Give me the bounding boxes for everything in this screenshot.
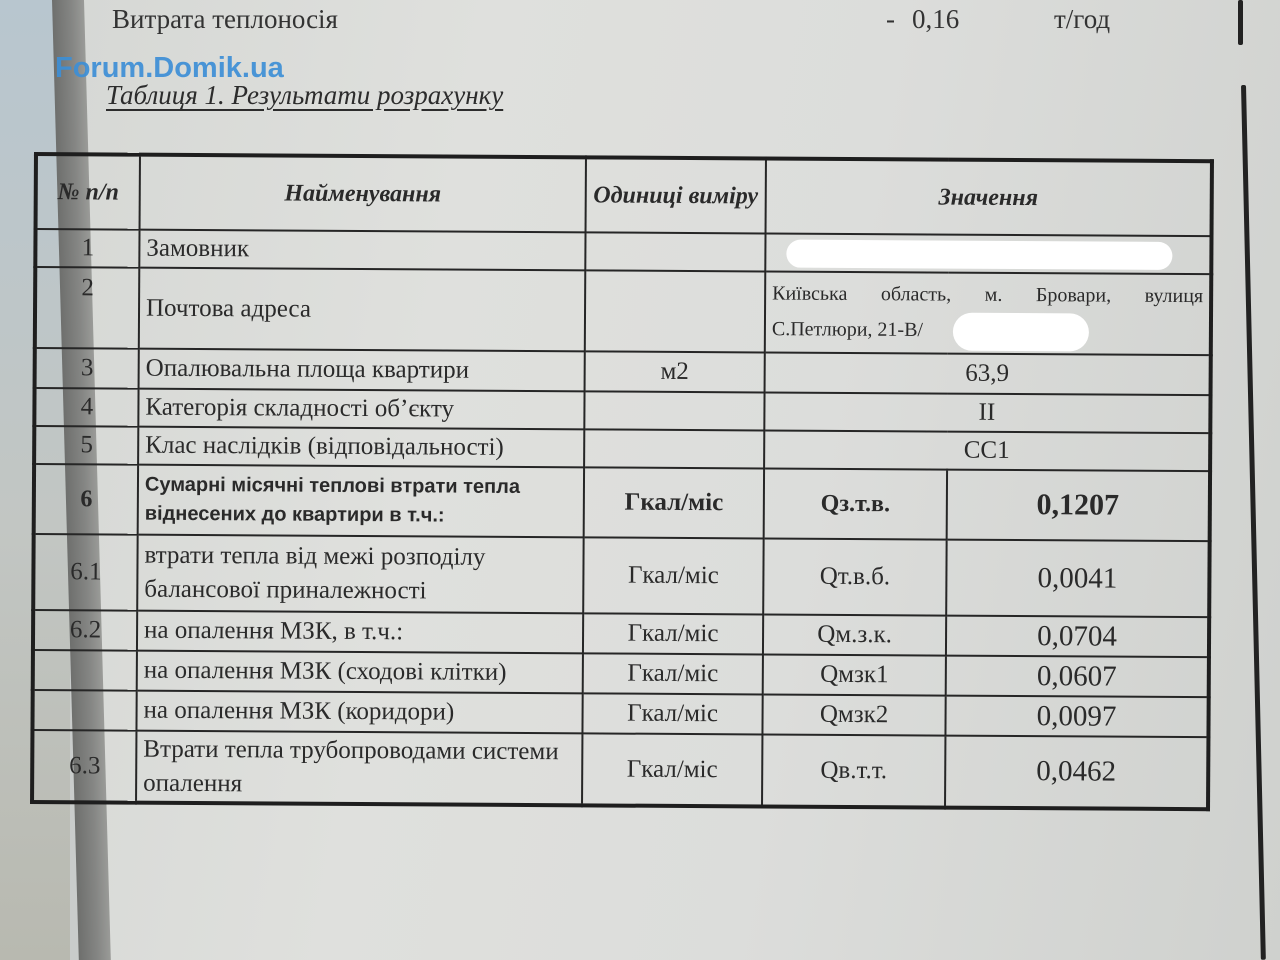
row-value: 0,0607 bbox=[946, 656, 1209, 698]
row-value: 0,0704 bbox=[946, 616, 1209, 658]
row-num: 1 bbox=[35, 229, 139, 268]
row-value: 0,0097 bbox=[945, 696, 1208, 738]
coolant-flow-label: Витрата теплоносія bbox=[112, 4, 338, 35]
col-header-value: Значення bbox=[766, 158, 1212, 236]
row-unit: Гкал/міс bbox=[584, 467, 764, 538]
row-name: Замовник bbox=[139, 230, 585, 271]
row-unit: Гкал/міс bbox=[583, 653, 763, 694]
row-num bbox=[32, 690, 136, 731]
table-row: 2 Почтова адреса Київська область, м. Бр… bbox=[35, 267, 1211, 355]
coolant-flow-value: 0,16 bbox=[912, 4, 959, 35]
row-symbol: Qт.в.б. bbox=[763, 538, 946, 615]
row-name: втрати тепла від межі розподілу балансов… bbox=[137, 535, 583, 614]
address-word: Бровари, bbox=[1036, 278, 1111, 313]
row-symbol: Qмзк1 bbox=[763, 654, 946, 695]
row-unit bbox=[585, 232, 765, 271]
row-name: на опалення МЗК, в т.ч.: bbox=[137, 611, 583, 654]
table-row: 6.3 Втрати тепла трубопроводами системи … bbox=[32, 730, 1208, 809]
row-name: Категорія складності об’єкту bbox=[138, 389, 584, 430]
address-word: вулиця bbox=[1145, 279, 1204, 314]
row-unit bbox=[584, 429, 764, 468]
row-value: 0,0041 bbox=[946, 540, 1209, 618]
row-value: II bbox=[764, 392, 1210, 433]
row-name: на опалення МЗК (сходові клітки) bbox=[137, 651, 583, 694]
row-symbol: Qм.з.к. bbox=[763, 614, 946, 655]
row-value-address: Київська область, м. Бровари, вулиця С.П… bbox=[765, 271, 1212, 355]
address-line-2: С.Петлюри, 21-В/ bbox=[772, 312, 1203, 353]
address-line-1: Київська область, м. Бровари, вулиця bbox=[772, 277, 1203, 315]
row-symbol: Qмзк2 bbox=[762, 694, 945, 735]
address-word: Київська bbox=[772, 277, 847, 312]
row-num: 6.1 bbox=[33, 534, 137, 611]
table-header-row: № п/п Найменування Одиниці виміру Значен… bbox=[36, 154, 1212, 236]
coolant-flow-unit: т/год bbox=[1054, 4, 1110, 35]
col-header-name: Найменування bbox=[140, 155, 586, 233]
row-unit bbox=[585, 270, 765, 352]
row-unit bbox=[584, 391, 764, 430]
address-street: С.Петлюри, 21-В/ bbox=[772, 318, 923, 341]
row-symbol: Qв.т.т. bbox=[762, 734, 945, 807]
row-symbol: Qз.т.в. bbox=[764, 468, 947, 539]
row-name: на опалення МЗК (коридори) bbox=[136, 691, 582, 734]
redaction-mark bbox=[953, 313, 1089, 352]
col-header-num: № п/п bbox=[36, 154, 140, 230]
row-num: 2 bbox=[35, 267, 139, 349]
redaction-mark bbox=[786, 239, 1172, 269]
coolant-flow-dash: - bbox=[886, 4, 895, 35]
row-unit: Гкал/міс bbox=[582, 733, 762, 806]
row-num: 4 bbox=[34, 388, 138, 427]
row-unit: м2 bbox=[585, 351, 765, 392]
page-margin-line bbox=[1238, 0, 1243, 45]
row-num bbox=[33, 650, 137, 691]
row-value: 0,1207 bbox=[947, 470, 1210, 542]
row-name: Клас наслідків (відповідальності) bbox=[138, 427, 584, 468]
row-num: 3 bbox=[35, 348, 139, 389]
row-num: 5 bbox=[34, 426, 138, 465]
row-value bbox=[765, 233, 1211, 274]
watermark: Forum.Domik.ua bbox=[55, 52, 284, 85]
address-word: область, bbox=[881, 277, 951, 312]
row-name: Почтова адреса bbox=[139, 268, 585, 352]
results-table-wrapper: № п/п Найменування Одиниці виміру Значен… bbox=[30, 152, 1210, 811]
results-table: № п/п Найменування Одиниці виміру Значен… bbox=[30, 152, 1214, 811]
row-value: СС1 bbox=[764, 430, 1210, 471]
row-name: Втрати тепла трубопроводами системи опал… bbox=[136, 731, 582, 806]
row-unit: Гкал/міс bbox=[582, 693, 762, 734]
table-row-total: 6 Сумарні місячні теплові втрати тепла в… bbox=[34, 464, 1210, 541]
row-num: 6 bbox=[34, 464, 138, 535]
row-value: 0,0462 bbox=[945, 736, 1208, 810]
row-name: Сумарні місячні теплові втрати тепла від… bbox=[138, 465, 584, 538]
row-num: 6.3 bbox=[32, 730, 136, 803]
col-header-unit: Одиниці виміру bbox=[586, 157, 766, 233]
address-word: м. bbox=[985, 278, 1003, 313]
row-value: 63,9 bbox=[765, 352, 1211, 395]
table-row: 6.1 втрати тепла від межі розподілу бала… bbox=[33, 534, 1209, 617]
row-name: Опалювальна площа квартири bbox=[139, 349, 585, 392]
row-num: 6.2 bbox=[33, 610, 137, 651]
row-unit: Гкал/міс bbox=[583, 537, 763, 614]
row-unit: Гкал/міс bbox=[583, 613, 763, 654]
